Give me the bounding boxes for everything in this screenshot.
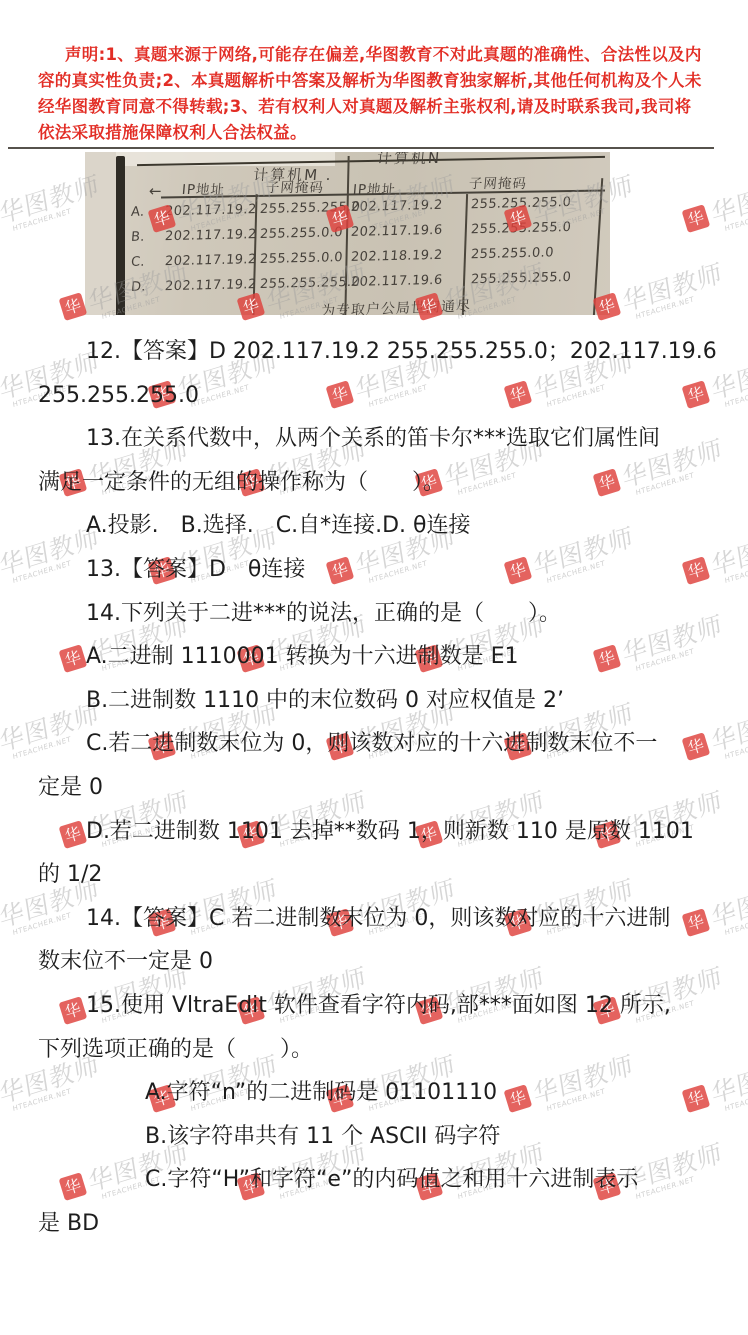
- text-line: 下列选项正确的是（ ）。: [38, 1028, 716, 1072]
- text-line: 255.255.255.0: [38, 374, 716, 418]
- watermark-text: 华图教师: [620, 253, 725, 319]
- table-cell: 255.255.0.0: [259, 250, 343, 267]
- watermark-subtext: HTEACHER.NET: [724, 717, 748, 761]
- table-cell: 255.255.0.0: [259, 225, 343, 242]
- text-line: 数末位不一定是 0: [38, 940, 716, 984]
- disclaimer: 声明:1、真题来源于网络,可能存在偏差,华图教育不对此真题的准确性、合法性以及内…: [38, 42, 716, 146]
- table-col-header-mask-m: 子网掩码: [265, 176, 325, 196]
- row-option-label: C.: [130, 255, 145, 270]
- watermark-row: 华华图教师: [680, 158, 748, 239]
- text-line: 13.在关系代数中，从两个关系的笛卡尔***选取它们属性间: [38, 417, 716, 461]
- text-line: B.二进制数 1110 中的末位数码 0 对应权值是 2’: [38, 679, 716, 723]
- table-cell: 255.255.255.0: [470, 220, 572, 237]
- text-line: 15.使用 VltraEdit 软件查看字符内码,部***面如图 12 所示,: [38, 984, 716, 1028]
- divider-line: [8, 147, 714, 149]
- table-col-header-mask-n: 子网掩码: [468, 172, 528, 192]
- disclaimer-line: 经华图教育同意不得转载;3、若有权利人对真题及解析主张权利,请及时联系我司,我司…: [38, 94, 716, 120]
- table-cell: 202.117.19.2: [164, 277, 257, 294]
- text-line: 14.【答案】C 若二进制数末位为 0，则该数对应的十六进制: [38, 897, 716, 941]
- watermark: 华华图教师HTEACHER.NET: [680, 158, 748, 244]
- table-cell: 255.255.255.0: [470, 195, 572, 212]
- text-line: 是 BD: [38, 1202, 716, 1246]
- watermark: 华华图教师HTEACHER.NET: [591, 246, 748, 332]
- text-line: 13.【答案】D θ连接: [38, 548, 716, 592]
- text-line: 的 1/2: [38, 853, 716, 897]
- table-col-header-ip-n: IP地址: [352, 178, 397, 198]
- table-cell: 202.117.19.2: [164, 227, 257, 244]
- watermark-subtext: HTEACHER.NET: [724, 893, 748, 937]
- question12-table-photo: ← 计算机M . 计算机N IP地址 子网掩码 IP地址 子网掩码 A.202.…: [85, 152, 610, 315]
- table-cell: 202.117.19.6: [350, 273, 443, 290]
- text-line: 满足一定条件的无组的操作称为（ ）。: [38, 461, 716, 505]
- table-group-header-computer-n: 计算机N: [376, 152, 442, 168]
- text-line: A.二进制 1110001 转换为十六进制数是 E1: [38, 635, 716, 679]
- table-cell: 255.255.255.0: [470, 270, 572, 287]
- watermark-text: 华图教师: [709, 165, 748, 231]
- table-cell: 202.117.19.6: [350, 223, 443, 240]
- disclaimer-line: 容的真实性负责;2、本真题解析中答案及解析为华图教育独家解析,其他任何机构及个人…: [38, 68, 716, 94]
- watermark-subtext: HTEACHER.NET: [724, 1069, 748, 1113]
- disclaimer-line: 声明:1、真题来源于网络,可能存在偏差,华图教育不对此真题的准确性、合法性以及内: [38, 42, 716, 68]
- text-line: C.字符“H”和字符“e”的内码值之和用十六进制表示: [38, 1158, 716, 1202]
- text-line: 14.下列关于二进***的说法，正确的是（ ）。: [38, 592, 716, 636]
- question-text-block: 12.【答案】D 202.117.19.2 255.255.255.0；202.…: [38, 330, 716, 1245]
- disclaimer-line: 依法采取措施保障权利人合法权益。: [38, 120, 716, 146]
- watermark-subtext: HTEACHER.NET: [635, 277, 748, 321]
- watermark-subtext: HTEACHER.NET: [724, 541, 748, 585]
- watermark-subtext: HTEACHER.NET: [724, 189, 748, 233]
- table-cell: 202.117.19.2: [164, 202, 257, 219]
- text-line: 定是 0: [38, 766, 716, 810]
- table-partial-row: 为专取户公局世间通尽: [320, 295, 471, 315]
- text-line: A.投影. B.选择. C.自*连接.D. θ连接: [38, 504, 716, 548]
- row-option-label: B.: [130, 230, 145, 245]
- huatu-logo-icon: 华: [681, 204, 710, 233]
- table-cell: 255.255.0.0: [470, 245, 554, 262]
- table-cell: 255.255.255.0: [259, 200, 361, 217]
- table-cell: 202.117.19.2: [350, 198, 443, 215]
- table-cell: 202.117.19.2: [164, 252, 257, 269]
- table-cell: 202.118.19.2: [350, 248, 443, 265]
- table-col-header-ip-m: IP地址: [181, 178, 226, 198]
- arrow-left-icon: ←: [149, 182, 162, 200]
- row-option-label: A.: [130, 205, 145, 220]
- row-option-label: D.: [130, 280, 146, 295]
- text-line: A.字符“n”的二进制码是 01101110: [38, 1071, 716, 1115]
- text-line: B.该字符串共有 11 个 ASCII 码字符: [38, 1115, 716, 1159]
- watermark-subtext: HTEACHER.NET: [724, 365, 748, 409]
- text-line: C.若二进制数末位为 0，则该数对应的十六进制数末位不一: [38, 722, 716, 766]
- table-cell: 255.255.255.0: [259, 275, 361, 292]
- document-page: 声明:1、真题来源于网络,可能存在偏差,华图教育不对此真题的准确性、合法性以及内…: [0, 0, 748, 1335]
- text-line: 12.【答案】D 202.117.19.2 255.255.255.0；202.…: [38, 330, 716, 374]
- watermark-row: 华华图教师: [591, 246, 748, 327]
- huatu-logo-icon: 华: [58, 292, 87, 321]
- text-line: D.若二进制数 1101 去掉**数码 1，则新数 110 是原数 1101: [38, 810, 716, 854]
